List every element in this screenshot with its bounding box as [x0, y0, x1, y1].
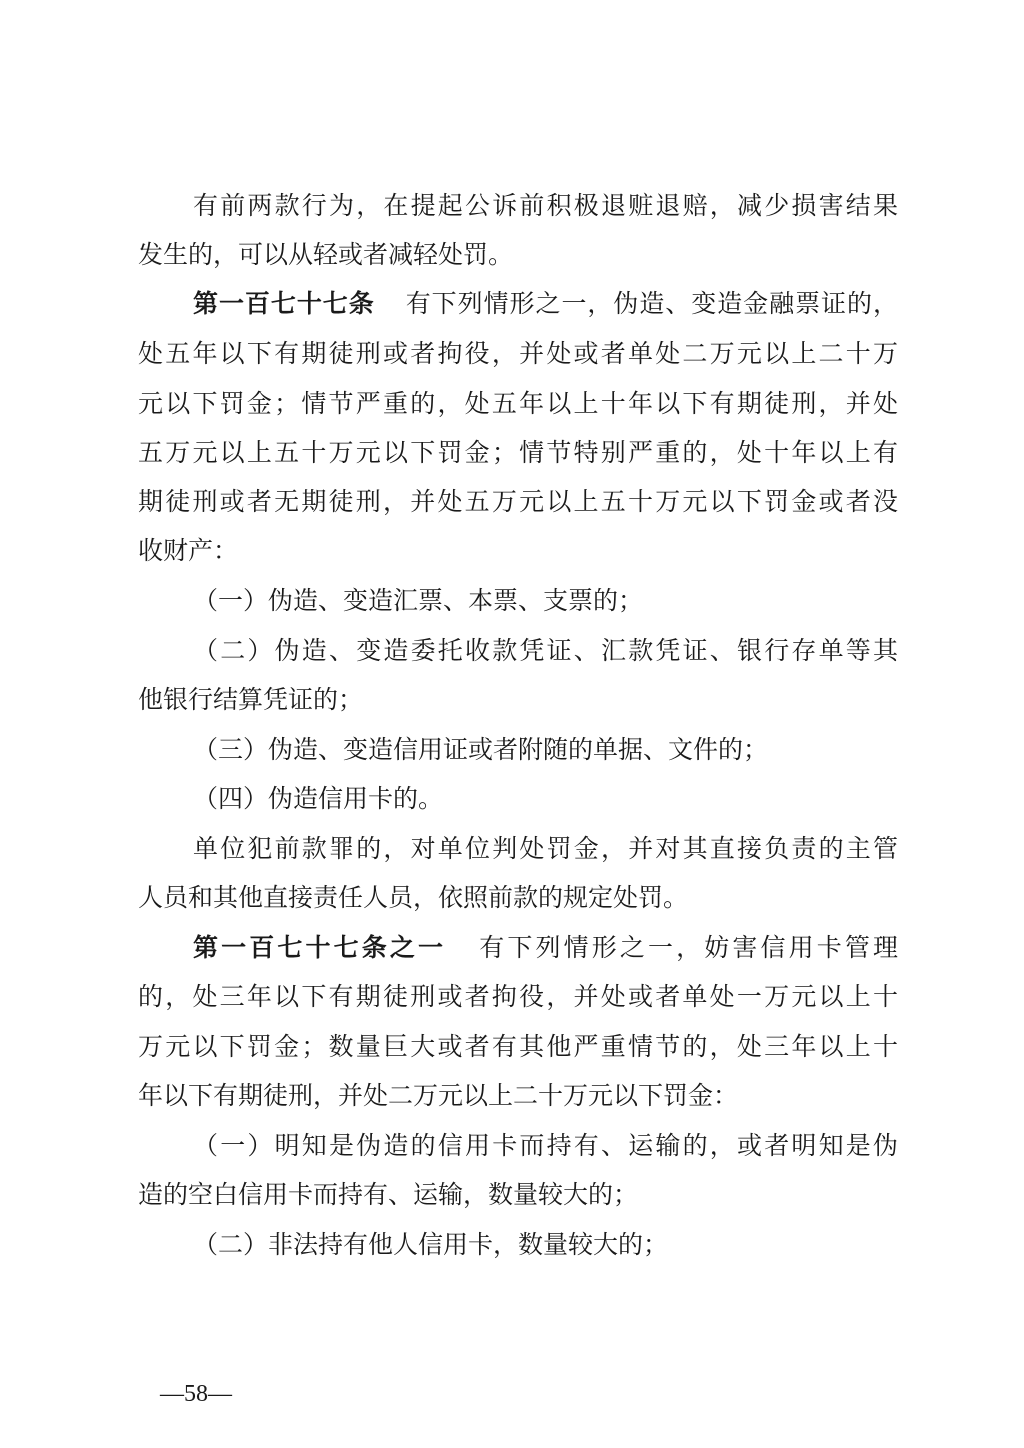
- body-text: 有下列情形之一，伪造、变造金融票证的，: [405, 289, 898, 318]
- body-text: （二）伪造、变造委托收款凭证、汇款凭证、银行存单等其: [193, 636, 898, 665]
- body-text: 造的空白信用卡而持有、运输，数量较大的；: [138, 1180, 638, 1209]
- body-text: 元以下罚金；情节严重的，处五年以上十年以下有期徒刑，并处: [138, 389, 898, 418]
- list-item: （二）非法持有他人信用卡，数量较大的；: [193, 1225, 898, 1265]
- article-heading-line: 第一百七十七条有下列情形之一，伪造、变造金融票证的，: [193, 284, 898, 324]
- body-text: （三）伪造、变造信用证或者附随的单据、文件的；: [193, 735, 768, 764]
- body-text: 他银行结算凭证的；: [138, 685, 363, 714]
- list-item: （四）伪造信用卡的。: [193, 779, 898, 819]
- page-number: —58—: [160, 1378, 232, 1410]
- body-text: 有下列情形之一，妨害信用卡管理: [476, 933, 898, 962]
- body-text: 五万元以上五十万元以下罚金；情节特别严重的，处十年以上有: [138, 438, 898, 467]
- article-heading: 第一百七十七条之一: [193, 933, 446, 962]
- body-text: （二）非法持有他人信用卡，数量较大的；: [193, 1230, 668, 1259]
- paragraph-line: 五万元以上五十万元以下罚金；情节特别严重的，处十年以上有: [138, 433, 898, 473]
- list-item-continuation: 他银行结算凭证的；: [138, 680, 898, 720]
- paragraph-line: 收财产：: [138, 531, 898, 571]
- list-item: （三）伪造、变造信用证或者附随的单据、文件的；: [193, 730, 898, 770]
- article-heading: 第一百七十七条: [193, 289, 375, 318]
- body-text: 的，处三年以下有期徒刑或者拘役，并处或者单处一万元以上十: [138, 982, 898, 1011]
- paragraph-line: 单位犯前款罪的，对单位判处罚金，并对其直接负责的主管: [193, 829, 898, 869]
- body-text: 有前两款行为，在提起公诉前积极退赃退赔，减少损害结果: [193, 191, 898, 220]
- list-item: （一）伪造、变造汇票、本票、支票的；: [193, 581, 898, 621]
- paragraph-line: 期徒刑或者无期徒刑，并处五万元以上五十万元以下罚金或者没: [138, 482, 898, 522]
- body-text: 处五年以下有期徒刑或者拘役，并处或者单处二万元以上二十万: [138, 339, 898, 368]
- body-text: 期徒刑或者无期徒刑，并处五万元以上五十万元以下罚金或者没: [138, 487, 898, 516]
- body-text: （四）伪造信用卡的。: [193, 784, 443, 813]
- body-text: （一）伪造、变造汇票、本票、支票的；: [193, 586, 643, 615]
- paragraph-line: 有前两款行为，在提起公诉前积极退赃退赔，减少损害结果: [193, 186, 898, 226]
- paragraph-line: 发生的，可以从轻或者减轻处罚。: [138, 235, 898, 275]
- body-text: 年以下有期徒刑，并处二万元以上二十万元以下罚金：: [138, 1081, 738, 1110]
- list-item-continuation: 造的空白信用卡而持有、运输，数量较大的；: [138, 1175, 898, 1215]
- body-text: 收财产：: [138, 536, 238, 565]
- body-text: 发生的，可以从轻或者减轻处罚。: [138, 240, 513, 269]
- body-text: 人员和其他直接责任人员，依照前款的规定处罚。: [138, 883, 688, 912]
- paragraph-line: 万元以下罚金；数量巨大或者有其他严重情节的，处三年以上十: [138, 1027, 898, 1067]
- body-text: （一）明知是伪造的信用卡而持有、运输的，或者明知是伪: [193, 1131, 898, 1160]
- paragraph-line: 处五年以下有期徒刑或者拘役，并处或者单处二万元以上二十万: [138, 334, 898, 374]
- paragraph-line: 的，处三年以下有期徒刑或者拘役，并处或者单处一万元以上十: [138, 977, 898, 1017]
- article-heading-line: 第一百七十七条之一有下列情形之一，妨害信用卡管理: [193, 928, 898, 968]
- list-item: （二）伪造、变造委托收款凭证、汇款凭证、银行存单等其: [193, 631, 898, 671]
- list-item: （一）明知是伪造的信用卡而持有、运输的，或者明知是伪: [193, 1126, 898, 1166]
- paragraph-line: 年以下有期徒刑，并处二万元以上二十万元以下罚金：: [138, 1076, 898, 1116]
- document-page: 有前两款行为，在提起公诉前积极退赃退赔，减少损害结果 发生的，可以从轻或者减轻处…: [0, 0, 1024, 1448]
- body-text: 单位犯前款罪的，对单位判处罚金，并对其直接负责的主管: [193, 834, 898, 863]
- paragraph-line: 元以下罚金；情节严重的，处五年以上十年以下有期徒刑，并处: [138, 384, 898, 424]
- body-text: 万元以下罚金；数量巨大或者有其他严重情节的，处三年以上十: [138, 1032, 898, 1061]
- paragraph-line: 人员和其他直接责任人员，依照前款的规定处罚。: [138, 878, 898, 918]
